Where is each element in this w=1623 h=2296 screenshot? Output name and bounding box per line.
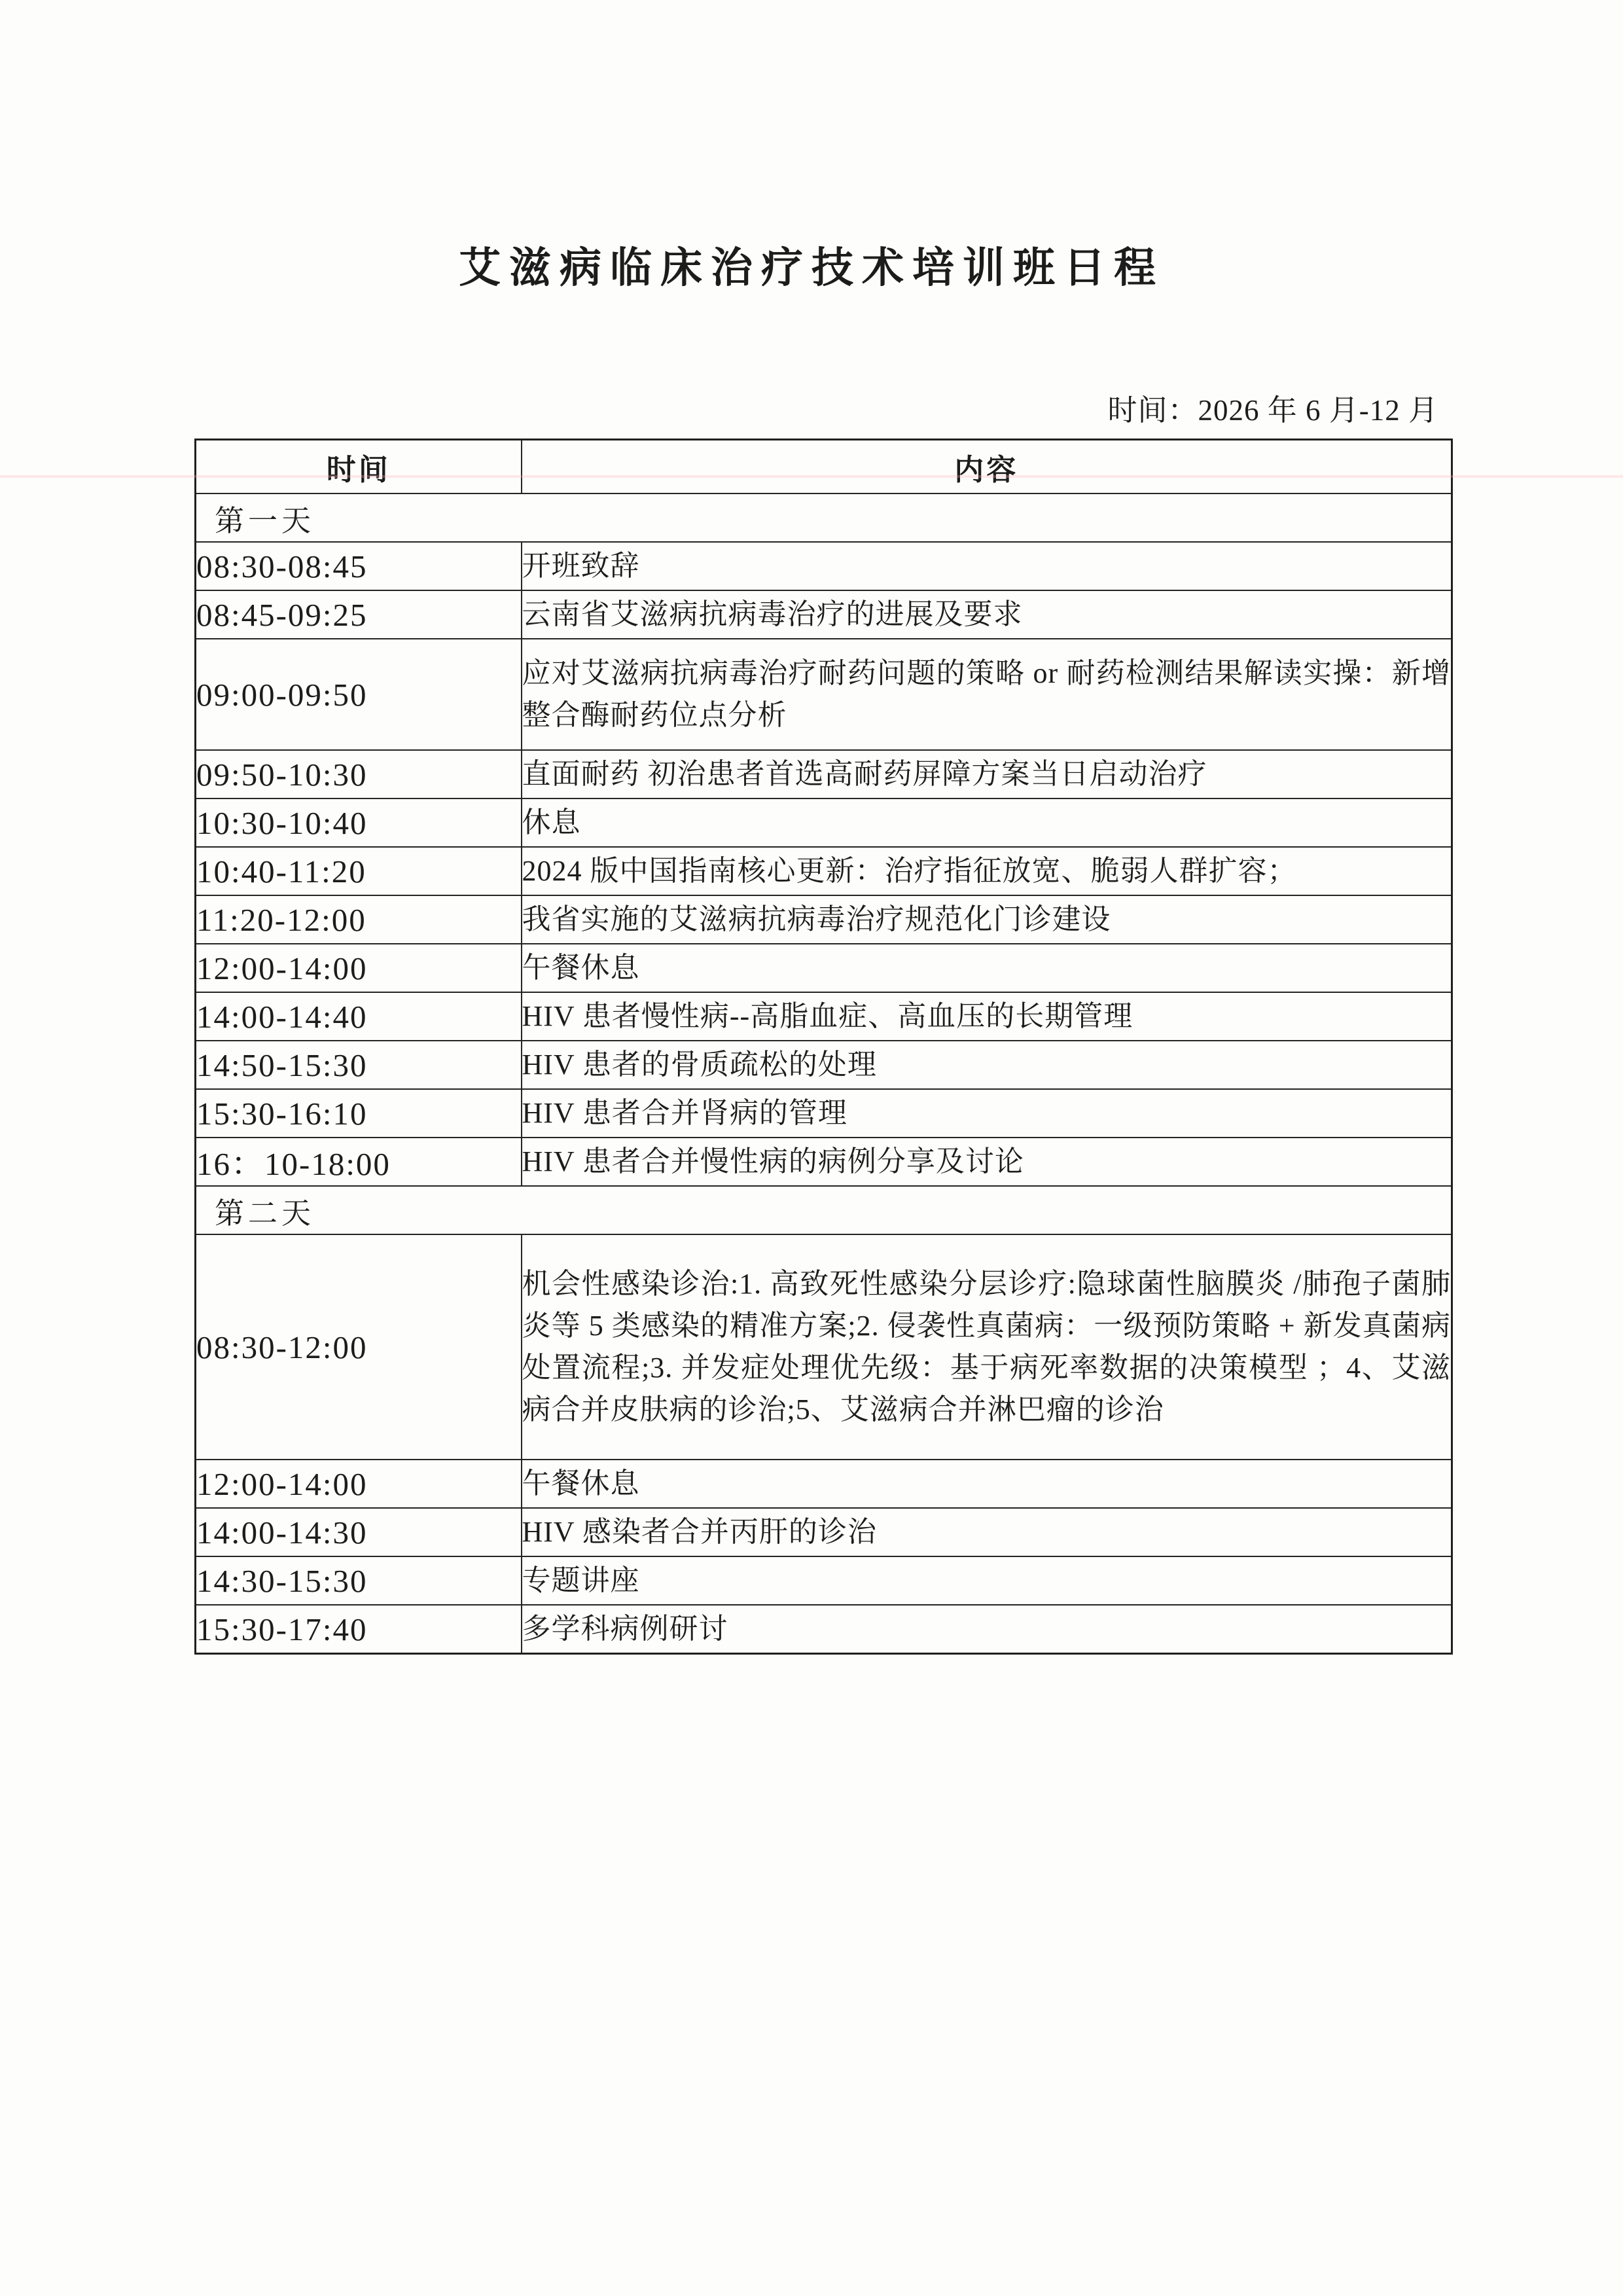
table-row: 12:00-14:00 午餐休息 <box>196 944 1452 992</box>
day-section-label: 第二天 <box>196 1186 1452 1234</box>
schedule-table: 时间 内容 第一天 08:30-08:45 开班致辞 08:45-09:25 云… <box>194 439 1453 1655</box>
content-cell: 直面耐药 初治患者首选高耐药屏障方案当日启动治疗 <box>522 750 1452 798</box>
content-cell: HIV 患者合并肾病的管理 <box>522 1089 1452 1138</box>
time-cell: 11:20-12:00 <box>196 895 522 944</box>
time-cell: 10:40-11:20 <box>196 847 522 895</box>
page-title: 艾滋病临床治疗技术培训班日程 <box>0 230 1623 306</box>
table-row: 14:00-14:30 HIV 感染者合并丙肝的诊治 <box>196 1508 1452 1556</box>
table-row: 15:30-16:10 HIV 患者合并肾病的管理 <box>196 1089 1452 1138</box>
time-cell: 08:30-12:00 <box>196 1234 522 1460</box>
day-section-row: 第一天 <box>196 493 1452 542</box>
time-cell: 12:00-14:00 <box>196 1460 522 1508</box>
time-cell: 15:30-16:10 <box>196 1089 522 1138</box>
content-cell: 休息 <box>522 798 1452 847</box>
time-cell: 14:50-15:30 <box>196 1041 522 1089</box>
time-cell: 10:30-10:40 <box>196 798 522 847</box>
time-cell: 12:00-14:00 <box>196 944 522 992</box>
column-header-time: 时间 <box>196 440 522 494</box>
time-cell: 15:30-17:40 <box>196 1605 522 1654</box>
content-cell: 多学科病例研讨 <box>522 1605 1452 1654</box>
time-cell: 14:30-15:30 <box>196 1556 522 1605</box>
content-cell: 开班致辞 <box>522 542 1452 590</box>
day-section-row: 第二天 <box>196 1186 1452 1234</box>
content-cell: 应对艾滋病抗病毒治疗耐药问题的策略 or 耐药检测结果解读实操：新增整合酶耐药位… <box>522 639 1452 750</box>
table-row: 08:30-12:00 机会性感染诊治:1. 高致死性感染分层诊疗:隐球菌性脑膜… <box>196 1234 1452 1460</box>
content-cell: 午餐休息 <box>522 1460 1452 1508</box>
time-cell: 16：10-18:00 <box>196 1138 522 1186</box>
table-row: 14:00-14:40 HIV 患者慢性病--高脂血症、高血压的长期管理 <box>196 992 1452 1041</box>
table-row: 12:00-14:00 午餐休息 <box>196 1460 1452 1508</box>
table-header-row: 时间 内容 <box>196 440 1452 494</box>
time-cell: 14:00-14:40 <box>196 992 522 1041</box>
scanned-document-page: 艾滋病临床治疗技术培训班日程 时间：2026 年 6 月-12 月 时间 内容 … <box>0 0 1623 2296</box>
table-row: 14:50-15:30 HIV 患者的骨质疏松的处理 <box>196 1041 1452 1089</box>
content-cell: 午餐休息 <box>522 944 1452 992</box>
content-cell: 云南省艾滋病抗病毒治疗的进展及要求 <box>522 590 1452 639</box>
content-cell: 2024 版中国指南核心更新：治疗指征放宽、脆弱人群扩容； <box>522 847 1452 895</box>
column-header-content: 内容 <box>522 440 1452 494</box>
content-cell: 机会性感染诊治:1. 高致死性感染分层诊疗:隐球菌性脑膜炎 /肺孢子菌肺炎等 5… <box>522 1234 1452 1460</box>
content-cell: HIV 患者合并慢性病的病例分享及讨论 <box>522 1138 1452 1186</box>
time-cell: 09:00-09:50 <box>196 639 522 750</box>
table-row: 09:50-10:30 直面耐药 初治患者首选高耐药屏障方案当日启动治疗 <box>196 750 1452 798</box>
time-cell: 14:00-14:30 <box>196 1508 522 1556</box>
content-cell: 专题讲座 <box>522 1556 1452 1605</box>
table-row: 16：10-18:00 HIV 患者合并慢性病的病例分享及讨论 <box>196 1138 1452 1186</box>
schedule-body: 第一天 08:30-08:45 开班致辞 08:45-09:25 云南省艾滋病抗… <box>196 493 1452 1654</box>
table-row: 11:20-12:00 我省实施的艾滋病抗病毒治疗规范化门诊建设 <box>196 895 1452 944</box>
date-line: 时间：2026 年 6 月-12 月 <box>196 390 1438 431</box>
time-cell: 08:45-09:25 <box>196 590 522 639</box>
table-row: 10:30-10:40 休息 <box>196 798 1452 847</box>
time-cell: 08:30-08:45 <box>196 542 522 590</box>
table-row: 15:30-17:40 多学科病例研讨 <box>196 1605 1452 1654</box>
content-cell: HIV 感染者合并丙肝的诊治 <box>522 1508 1452 1556</box>
time-cell: 09:50-10:30 <box>196 750 522 798</box>
content-cell: HIV 患者的骨质疏松的处理 <box>522 1041 1452 1089</box>
table-row: 09:00-09:50 应对艾滋病抗病毒治疗耐药问题的策略 or 耐药检测结果解… <box>196 639 1452 750</box>
content-cell: HIV 患者慢性病--高脂血症、高血压的长期管理 <box>522 992 1452 1041</box>
table-row: 10:40-11:20 2024 版中国指南核心更新：治疗指征放宽、脆弱人群扩容… <box>196 847 1452 895</box>
table-row: 08:45-09:25 云南省艾滋病抗病毒治疗的进展及要求 <box>196 590 1452 639</box>
table-row: 08:30-08:45 开班致辞 <box>196 542 1452 590</box>
table-row: 14:30-15:30 专题讲座 <box>196 1556 1452 1605</box>
content-cell: 我省实施的艾滋病抗病毒治疗规范化门诊建设 <box>522 895 1452 944</box>
day-section-label: 第一天 <box>196 493 1452 542</box>
